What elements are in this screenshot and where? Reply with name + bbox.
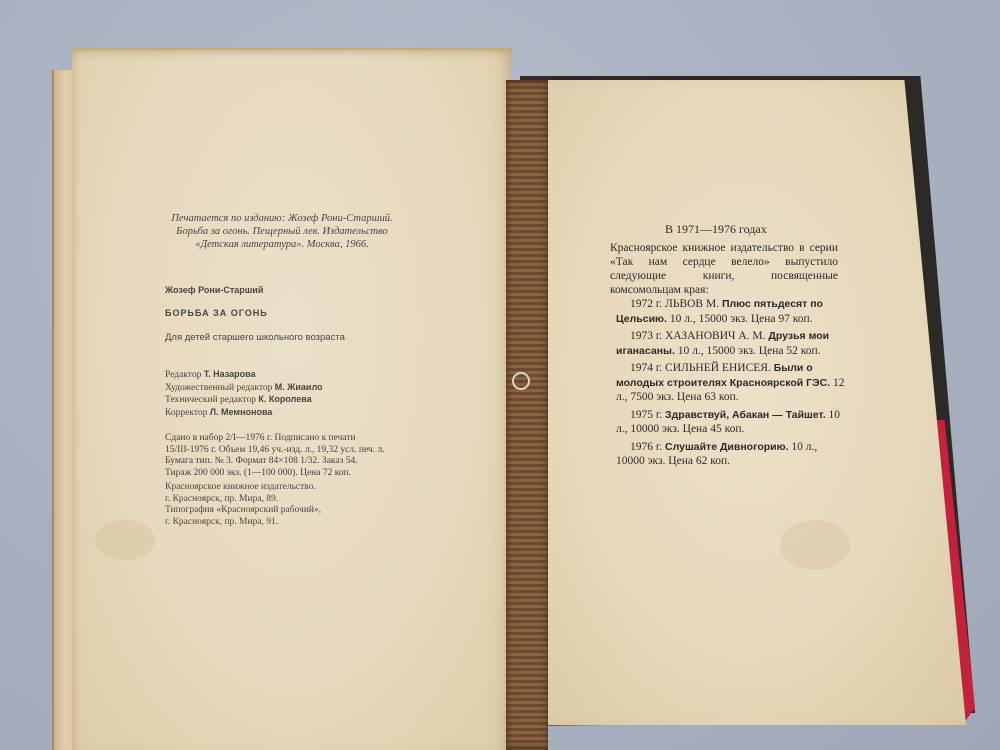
imprint-line: Печатается по изданию: Жозеф Рони-Старши…	[162, 212, 402, 225]
credit-role: Корректор	[165, 408, 207, 418]
publisher-info: Красноярское книжное издательство. г. Кр…	[165, 482, 415, 528]
publisher-line: Типография «Красноярский рабочий»,	[165, 505, 415, 517]
imprint-line: «Детская литература». Москва, 1966.	[162, 238, 402, 251]
credit-line: Художественный редактор М. Жиаило	[165, 382, 323, 395]
credit-line: Технический редактор К. Королева	[165, 394, 323, 407]
book-author: СИЛЬНЕЙ ЕНИСЕЯ.	[665, 362, 771, 374]
target-audience: Для детей старшего школьного возраста	[165, 332, 345, 343]
book-year: 1975 г.	[630, 409, 662, 421]
book-title: БОРЬБА ЗА ОГОНЬ	[165, 308, 268, 318]
printing-line: Бумага тип. № 3. Формат 84×108 1/32. Зак…	[165, 456, 415, 468]
book-author: ЛЬВОВ М.	[665, 298, 719, 310]
binding-stitch-icon	[512, 372, 530, 390]
publisher-line: г. Красноярск, пр. Мира, 89.	[165, 494, 415, 506]
imprint-note: Печатается по изданию: Жозеф Рони-Старши…	[162, 212, 402, 251]
book-author: ХАЗАНОВИЧ А. М.	[665, 330, 765, 342]
list-item: 1973 г. ХАЗАНОВИЧ А. М. Друзья мои игана…	[616, 329, 848, 358]
imprint-line: Борьба за огонь. Пещерный лев. Издательс…	[162, 225, 402, 238]
credit-name: К. Королева	[258, 394, 311, 404]
list-item: 1972 г. ЛЬВОВ М. Плюс пятьдесят по Цельс…	[616, 297, 848, 326]
credits-list: Редактор Т. Назарова Художественный реда…	[165, 369, 323, 419]
credit-line: Корректор Л. Мемнонова	[165, 407, 323, 420]
book-author: Жозеф Рони-Старший	[165, 285, 263, 295]
printing-details: Сдано в набор 2/I—1976 г. Подписано к пе…	[165, 433, 415, 479]
book-title: Слушайте Дивногорию.	[665, 441, 788, 453]
printing-line: Сдано в набор 2/I—1976 г. Подписано к пе…	[165, 433, 415, 445]
printing-line: 15/III-1976 г. Объем 19,46 уч.-изд. л., …	[165, 445, 415, 457]
list-item: 1975 г. Здравствуй, Абакан — Тайшет. 10 …	[616, 408, 848, 437]
credit-role: Художественный редактор	[165, 383, 272, 393]
printing-line: Тираж 200 000 экз. (1—100 000). Цена 72 …	[165, 468, 415, 480]
book-year: 1976 г.	[630, 441, 662, 453]
publisher-line: г. Красноярск, пр. Мира, 91.	[165, 517, 415, 529]
series-book-list: 1972 г. ЛЬВОВ М. Плюс пятьдесят по Цельс…	[616, 297, 848, 472]
credit-name: М. Жиаило	[275, 382, 323, 392]
book-details: 10 л., 15000 экз. Цена 97 коп.	[670, 313, 813, 325]
paper-stain	[780, 520, 850, 570]
book-details: 10 л., 15000 экз. Цена 52 коп.	[678, 345, 821, 357]
credit-role: Редактор	[165, 370, 201, 380]
book-spine	[506, 80, 548, 750]
paper-stain	[95, 520, 155, 560]
credit-role: Технический редактор	[165, 395, 256, 405]
credit-name: Т. Назарова	[204, 369, 256, 379]
series-heading: В 1971—1976 годах	[665, 222, 767, 237]
publisher-line: Красноярское книжное издательство.	[165, 482, 415, 494]
credit-name: Л. Мемнонова	[210, 407, 273, 417]
book-title: Здравствуй, Абакан — Тайшет.	[665, 409, 826, 421]
book-year: 1973 г.	[630, 330, 662, 342]
book-year: 1972 г.	[630, 298, 662, 310]
book-year: 1974 г.	[630, 362, 662, 374]
credit-line: Редактор Т. Назарова	[165, 369, 323, 382]
list-item: 1974 г. СИЛЬНЕЙ ЕНИСЕЯ. Были о молодых с…	[616, 361, 848, 405]
list-item: 1976 г. Слушайте Дивногорию. 10 л., 1000…	[616, 440, 848, 469]
series-intro: Красноярское книжное издательство в сери…	[610, 241, 838, 297]
